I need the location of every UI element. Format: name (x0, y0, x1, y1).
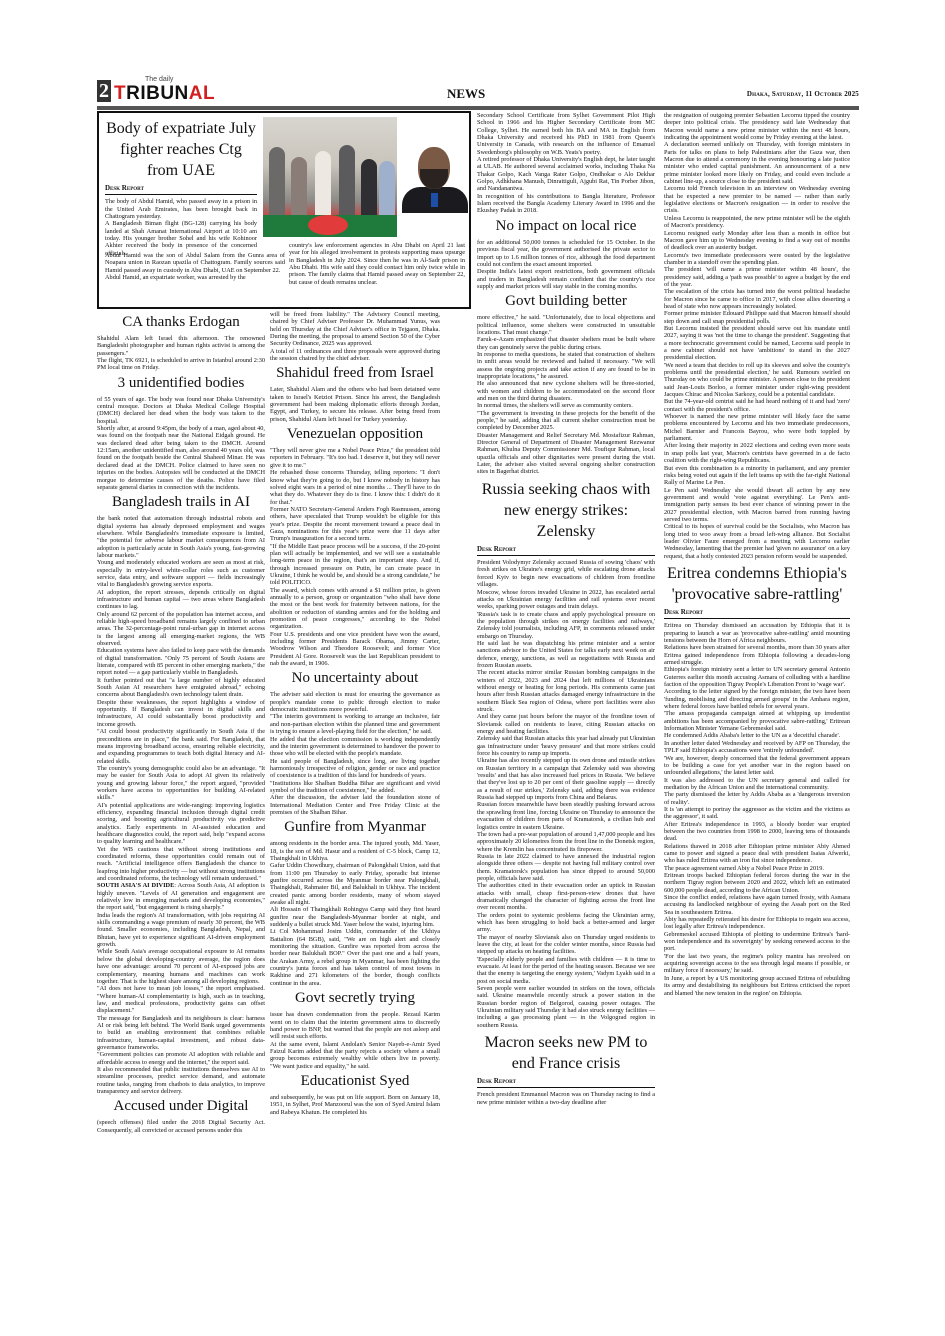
paragraph: After the discussion, the adviser laid t… (270, 794, 440, 816)
section-title: NEWS (447, 86, 485, 102)
paragraph: Abiy has repeatedly reiterated his desir… (664, 916, 850, 931)
paragraph: Education systems have also failed to ke… (97, 647, 265, 676)
paragraph: 'The amass propaganda campaign aimed at … (664, 710, 850, 732)
paragraph: It further pointed out that "a large num… (97, 677, 265, 699)
paragraph: for an additional 50,000 tonnes is sched… (477, 239, 655, 268)
paragraph: The peace agreement earned Abiy a Nobel … (664, 865, 850, 872)
paragraph: The president 'will name a prime ministe… (664, 266, 850, 288)
logo-wordmark: TRIBUNAL (114, 84, 215, 104)
paragraph: "Government policies can promote AI adop… (97, 1051, 265, 1066)
paragraph: Gebremeskel accused Ethiopia of plotting… (664, 931, 850, 953)
feature-article-expatriate: Body of expatriate July fighter reaches … (97, 111, 471, 309)
paragraph: Le Pen said Wednesday she would thwart a… (664, 487, 850, 524)
byline: Desk Report (477, 546, 655, 556)
paragraph: will be freed from liability." The Advis… (270, 311, 440, 348)
paragraph: Shortly after, at around 9:45pm, the bod… (97, 425, 265, 491)
paragraph: The authorities cited in their evacuatio… (477, 882, 655, 911)
paragraph: He also announced that new cyclone shelt… (477, 380, 655, 402)
paragraph: At the same event, Islami Andolan's Seni… (270, 1041, 440, 1070)
paragraph: While South Asia's average occupational … (97, 948, 265, 985)
headline: Govt secretly trying (270, 990, 440, 1007)
paragraph: The party dismissed the letter by Addis … (664, 791, 850, 806)
paragraph: "AI does not have to mean job losses," t… (97, 985, 265, 1014)
paragraph: "They will never give me a Nobel Peace P… (270, 447, 440, 469)
paragraph: AI's potential applications are wide-ran… (97, 802, 265, 846)
paragraph: A declaration seemed unlikely on Thursda… (664, 141, 850, 185)
paragraph: Gafur Uddin Chowdhury, chairman of Palon… (270, 862, 440, 906)
paragraph: Despite these weaknesses, the report hig… (97, 699, 265, 728)
paragraph: But Lecornu insisted the president shoul… (664, 325, 850, 362)
paragraph: President Volodymyr Zelensky accused Rus… (477, 559, 655, 588)
paragraph: 'We are, however, deeply concerned that … (664, 755, 850, 777)
paragraph: Abdul Hamid was the son of Abdul Salam f… (105, 252, 285, 274)
dateline: Dhaka, Saturday, 11 October 2025 (747, 90, 859, 98)
headline: Bangladesh trails in AI (97, 494, 265, 511)
paragraph: Whoever is named the new prime minister … (664, 413, 850, 442)
column-1: CA thanks Erdogan Shahidul Alam left Isr… (97, 311, 265, 1134)
paragraph: In normal times, the shelters will serve… (477, 402, 655, 409)
paragraph: Despite India's latest export restrictio… (477, 268, 655, 290)
paragraph: India leads the region's AI transformati… (97, 912, 265, 949)
paragraph: The mayor of nearby Sloviansk also on Th… (477, 934, 655, 956)
paragraph: Later, Shahidul Alam and the others who … (270, 386, 440, 423)
byline: Desk Report (105, 185, 257, 195)
paragraph: He condemned Addis Ababa's letter to the… (664, 732, 850, 739)
paragraph: In June, a report by a US monitoring gro… (664, 975, 850, 997)
paragraph: Former prime minister Edouard Philippe s… (664, 310, 850, 325)
paragraph: 'For the last two years, the regime's po… (664, 953, 850, 975)
headline: Russia seeking chaos with new energy str… (477, 479, 655, 542)
paragraph: 'Especially elderly people and families … (477, 956, 655, 985)
paragraph: Unless Lecornu is reappointed, the new p… (664, 215, 850, 230)
paragraph: After Eritrea's independence in 1993, a … (664, 821, 850, 843)
paragraph: "If the Middle East peace process will b… (270, 543, 440, 587)
headline: Eritrea condemns Ethiopia's 'provocative… (664, 563, 850, 605)
paragraph: Abdul Hamid, an expatriate worker, was a… (105, 274, 285, 281)
paragraph: The award, which comes with around a $1 … (270, 587, 440, 631)
paragraph: He said last he was dispatching his prim… (477, 640, 655, 669)
paragraph: Faruk-e-Azam emphasized that disaster sh… (477, 336, 655, 351)
paragraph: Russia in late 2022 claimed to have anne… (477, 853, 655, 882)
logo-tagline: The daily (145, 76, 173, 83)
paragraph: The body of Abdul Hamid, who passed away… (105, 198, 257, 220)
paragraph: In another letter dated Wednesday and re… (664, 740, 850, 755)
paragraph: The flight, TK 6921, is scheduled to arr… (97, 357, 265, 372)
paragraph: It is 'an attempt to portray the aggress… (664, 806, 850, 821)
paragraph: Only around 62 percent of the population… (97, 611, 265, 648)
paragraph: "AI could boost productivity significant… (97, 728, 265, 765)
paragraph: Ali Hossain of Thaingkhali Rohingya Camp… (270, 906, 440, 928)
paragraph: Russian forces meanwhile have been stead… (477, 801, 655, 830)
byline: Desk Report (664, 609, 850, 619)
headline: No impact on local rice (477, 218, 655, 235)
paragraph: The country's young demographic could al… (97, 765, 265, 802)
paragraph: Critical to its hopes of survival could … (664, 523, 850, 560)
paragraph: It was also addressed to the UN secretar… (664, 777, 850, 792)
paragraph: the bank noted that automation through i… (97, 515, 265, 559)
paragraph: The adviser said election is must for en… (270, 691, 440, 713)
paragraph: Lt Col Mohammad Josim Uddin, commander o… (270, 928, 440, 987)
paragraph: Lecornu resigned early Monday after less… (664, 230, 850, 252)
paragraph: After losing their majority in 2022 elec… (664, 442, 850, 464)
paragraph: (speech offenses) filed under the 2018 D… (97, 1119, 265, 1134)
paragraph: Shahidul Alam left Israel this afternoon… (97, 335, 265, 357)
column-4: the resignation of outgoing premier Seba… (664, 112, 850, 997)
paragraph: Zelensky said that Russian attacks this … (477, 735, 655, 757)
paragraph: "Institutions like Shalban Buddha Bihar … (270, 780, 440, 795)
paragraph: Four U.S. presidents and one vice presid… (270, 631, 440, 668)
paragraph: The orders point to systemic problems fa… (477, 912, 655, 934)
headline: 3 unidentified bodies (97, 375, 265, 392)
paragraph: 'We need a team that decides to roll up … (664, 362, 850, 399)
coffin-photo (263, 117, 397, 237)
masthead: 2 The daily TRIBUNAL NEWS Dhaka, Saturda… (97, 78, 859, 104)
headline: Venezuelan opposition (270, 426, 440, 443)
paragraph: Eritrea on Thursday dismissed an accusat… (664, 622, 850, 644)
headline: Gunfire from Myanmar (270, 819, 440, 836)
paragraph: among residents in the border area. The … (270, 840, 440, 862)
headline: Accused under Digital (97, 1098, 265, 1115)
paragraph: of 55 years of age. The body was found n… (97, 396, 265, 425)
headline: Govt building better (477, 293, 655, 310)
paragraph: A retired professor of Dhaka University'… (477, 156, 655, 193)
page-number: 2 (97, 80, 111, 102)
paragraph: "The interim government is working to ar… (270, 713, 440, 735)
paragraph: He said people of Bangladesh, since long… (270, 758, 440, 780)
subhead: SOUTH ASIA'S AI DIVIDE (97, 882, 174, 889)
paragraph: In response to media questions, he state… (477, 351, 655, 380)
paragraph: Relations thawed in 2018 after Ethiopian… (664, 843, 850, 865)
paragraph: He added that the election commission is… (270, 736, 440, 758)
paragraph: AI adoption, the report stresses, depend… (97, 589, 265, 611)
paragraph: issue has drawn condemnation from the pe… (270, 1011, 440, 1040)
paragraph: In recognition of his contributions to B… (477, 193, 655, 215)
headline: Shahidul freed from Israel (270, 365, 440, 382)
headline: Body of expatriate July fighter reaches … (105, 118, 257, 181)
newspaper-page: 2 The daily TRIBUNAL NEWS Dhaka, Saturda… (97, 78, 859, 104)
paragraph: It also recommended that public institut… (97, 1066, 265, 1095)
paragraph: A total of 11 ordinances and three propo… (270, 348, 440, 363)
paragraph: Eritrean troops backed Ethiopian federal… (664, 872, 850, 894)
headline: No uncertainty about (270, 670, 440, 687)
paragraph: Lecornu told French television in an int… (664, 185, 850, 214)
column-3: Secondary School Certificate from Sylhet… (477, 112, 655, 1106)
paragraph: The message for Bangladesh and its neigh… (97, 1015, 265, 1052)
paragraph: The town had a pre-war population of aro… (477, 831, 655, 853)
paragraph: Lecornu's two immediate predecessors wer… (664, 252, 850, 267)
paragraph: But even this combination is a minority … (664, 465, 850, 487)
headline: Macron seeks new PM to end France crisis (477, 1032, 655, 1074)
paragraph: Moscow, whose forces invaded Ukraine in … (477, 589, 655, 611)
paragraph: and subsequently, he was put on life sup… (270, 1094, 440, 1116)
headline: CA thanks Erdogan (97, 314, 265, 331)
paragraph: The recent attacks mirror similar Russia… (477, 669, 655, 713)
byline: Desk Report (477, 1078, 655, 1088)
paragraph: Young and moderately educated workers ar… (97, 559, 265, 588)
paragraph: And they came just hours before the mayo… (477, 713, 655, 735)
paragraph: Since the conflict ended, relations have… (664, 894, 850, 916)
headline: Educationist Syed (270, 1073, 440, 1090)
portrait-photo (400, 143, 468, 213)
paragraph: French president Emmanuel Macron was on … (477, 1091, 655, 1106)
paragraph: more effective," he said. "Unfortunately… (477, 314, 655, 336)
paragraph: The escalation of the crisis has turned … (664, 288, 850, 310)
paragraph: country's law enforcement agencies in Ab… (289, 242, 465, 286)
paragraph: He rehashed those concerns Thursday, tel… (270, 469, 440, 506)
paragraph: Yet the WB cautions that without strong … (97, 846, 265, 883)
masthead-rule (97, 106, 859, 110)
paragraph: According to the letter signed by the fo… (664, 688, 850, 710)
column-2: will be freed from liability." The Advis… (270, 311, 440, 1116)
paragraph: 'Russia's task is to create chaos and ap… (477, 611, 655, 640)
paragraph: Ukraine has also recently stepped up its… (477, 757, 655, 801)
paragraph: Seven people were earlier wounded in str… (477, 985, 655, 1029)
paragraph: Relations have been strained for several… (664, 644, 850, 666)
paragraph: SOUTH ASIA'S AI DIVIDE: Across South Asi… (97, 882, 265, 911)
paragraph: Former NATO Secretary-General Anders Fog… (270, 506, 440, 543)
paragraph: Secondary School Certificate from Sylhet… (477, 112, 655, 156)
paragraph: Ethiopia's foreign ministry sent a lette… (664, 666, 850, 688)
paragraph: "The government is investing in these pr… (477, 410, 655, 432)
paragraph: Disaster Management and Relief Secretary… (477, 432, 655, 476)
paragraph: But the 74-year-old centrist said he had… (664, 398, 850, 413)
paragraph: the resignation of outgoing premier Seba… (664, 112, 850, 141)
